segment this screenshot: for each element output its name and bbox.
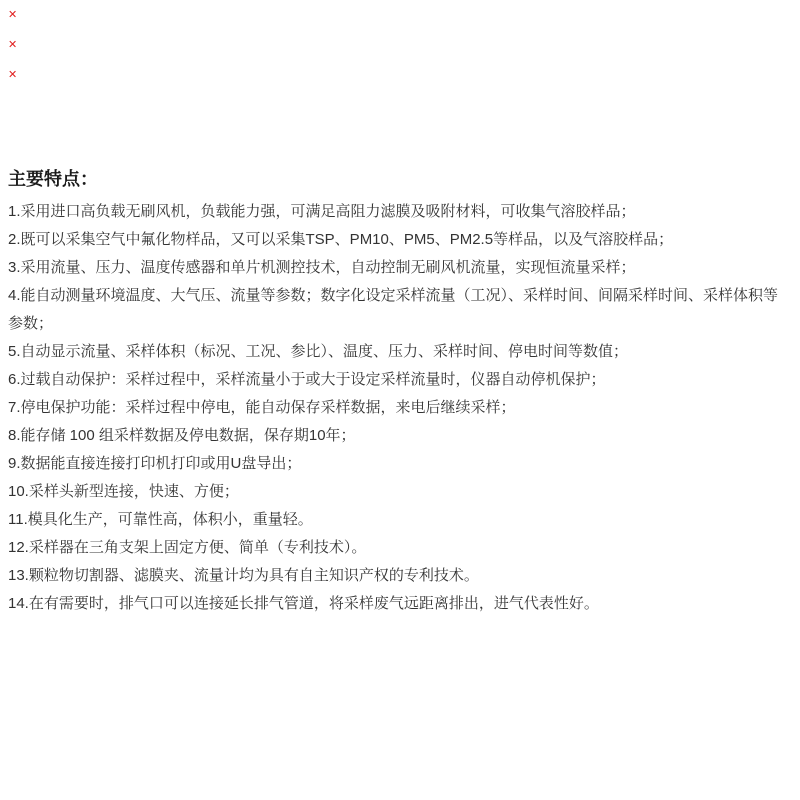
feature-item: 13.颗粒物切割器、滤膜夹、流量计均为具有自主知识产权的专利技术。	[8, 562, 792, 590]
broken-image-icon: ✕	[8, 68, 17, 98]
feature-item: 2.既可以采集空气中氟化物样品，又可以采集TSP、PM10、PM5、PM2.5等…	[8, 226, 792, 254]
feature-item: 6.过载自动保护：采样过程中，采样流量小于或大于设定采样流量时，仪器自动停机保护…	[8, 366, 792, 394]
broken-image-icon: ✕	[8, 38, 17, 68]
feature-item: 12.采样器在三角支架上固定方便、简单（专利技术）。	[8, 534, 792, 562]
feature-section: 主要特点： 1.采用进口高负载无刷风机，负载能力强，可满足高阻力滤膜及吸附材料，…	[0, 0, 800, 618]
feature-item: 10.采样头新型连接，快速、方便；	[8, 478, 792, 506]
feature-item: 11.模具化生产，可靠性高，体积小，重量轻。	[8, 506, 792, 534]
feature-item: 1.采用进口高负载无刷风机，负载能力强，可满足高阻力滤膜及吸附材料，可收集气溶胶…	[8, 198, 792, 226]
broken-image-markers: ✕ ✕ ✕	[8, 8, 17, 98]
feature-item: 4.能自动测量环境温度、大气压、流量等参数；数字化设定采样流量（工况）、采样时间…	[8, 282, 792, 338]
feature-item: 3.采用流量、压力、温度传感器和单片机测控技术，自动控制无刷风机流量，实现恒流量…	[8, 254, 792, 282]
feature-item: 14.在有需要时，排气口可以连接延长排气管道，将采样废气远距离排出，进气代表性好…	[8, 590, 792, 618]
feature-item: 9.数据能直接连接打印机打印或用U盘导出；	[8, 450, 792, 478]
section-title: 主要特点：	[8, 166, 792, 192]
feature-item: 7.停电保护功能：采样过程中停电，能自动保存采样数据，来电后继续采样；	[8, 394, 792, 422]
feature-item: 5.自动显示流量、采样体积（标况、工况、参比）、温度、压力、采样时间、停电时间等…	[8, 338, 792, 366]
broken-image-icon: ✕	[8, 8, 17, 38]
feature-item: 8.能存储 100 组采样数据及停电数据，保存期10年；	[8, 422, 792, 450]
